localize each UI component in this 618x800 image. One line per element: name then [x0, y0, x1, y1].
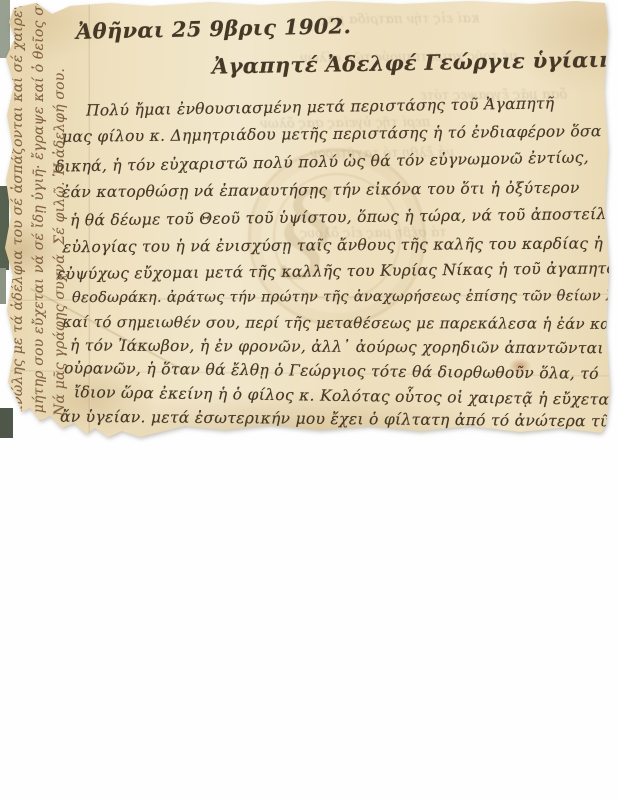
handwritten-line: ἡ τόν Ἰάκωβον, ἡ ἐν φρονῶν, ἀλλ᾽ ἀούρως … [70, 336, 618, 357]
margin-annotation-line: Νά μᾶς γράφῃς συχνά. Σέ φιλῶ. Ἡ ἀδελφή σ… [50, 28, 71, 416]
paper-sheet: § καί εἰς τήν πατρίδα μας μέ τούς χαιρετ… [0, 0, 618, 440]
handwritten-line: Πολύ ἤμαι ἐνθουσιασμένη μετά περιστάσης … [86, 94, 555, 119]
handwritten-line: ἴδιον ὥρα ἐκείνη ἡ ὁ φίλος κ. Κολότας οὗ… [74, 383, 616, 409]
handwritten-line: εὐψύχως εὔχομαι μετά τῆς καλλῆς του Κυρί… [57, 259, 618, 283]
handwritten-line: μας φίλου κ. Δημητριάδου μετῆς περιστάση… [62, 122, 602, 146]
date-line: Ἀθῆναι 25 9βρις 1902. [76, 13, 352, 44]
handwritten-line: θεοδωράκη. ἀράτως τήν πρώτην τῆς ἀναχωρή… [72, 288, 618, 306]
handwritten-line: καί τό σημειωθέν σου, περί τῆς μεταθέσεω… [62, 313, 618, 333]
handwritten-line: ἄν ὑγείαν. μετά ἐσωτερικήν μου ἔχει ὁ φί… [60, 408, 610, 431]
scan-background: § καί εἰς τήν πατρίδα μας μέ τούς χαιρετ… [0, 0, 618, 800]
handwritten-line: οὐρανῶν, ἡ ὅταν θά ἔλθῃ ὁ Γεώργιος τότε … [64, 359, 599, 383]
salutation-line: Ἀγαπητέ Ἀδελφέ Γεώργιε ὑγίαινε [212, 46, 618, 78]
handwritten-line: ἐάν κατορθώσῃ νά ἐπαναυτήσῃς τήν εἰκόνα … [62, 179, 580, 202]
letter-page: § καί εἰς τήν πατρίδα μας μέ τούς χαιρετ… [0, 0, 618, 440]
handwritten-line: εὐλογίας του ἡ νά ἐνισχύσῃ ταῖς ἄνθους τ… [63, 234, 618, 256]
margin-annotation: Ὁ Μανώλης μέ τά ἀδέλφια του σέ ἀσπάζοντα… [8, 28, 71, 446]
handwritten-line: ἡ θά δέωμε τοῦ Θεοῦ τοῦ ὑψίστου, ὅπως ἡ … [70, 204, 618, 229]
margin-annotation-line: Ἡ μήτηρ σου εὔχεται νά σέ ἴδῃ ὑγιῆ· ἔγρα… [29, 28, 50, 432]
margin-annotation-line: Ὁ Μανώλης μέ τά ἀδέλφια του σέ ἀσπάζοντα… [8, 28, 29, 446]
